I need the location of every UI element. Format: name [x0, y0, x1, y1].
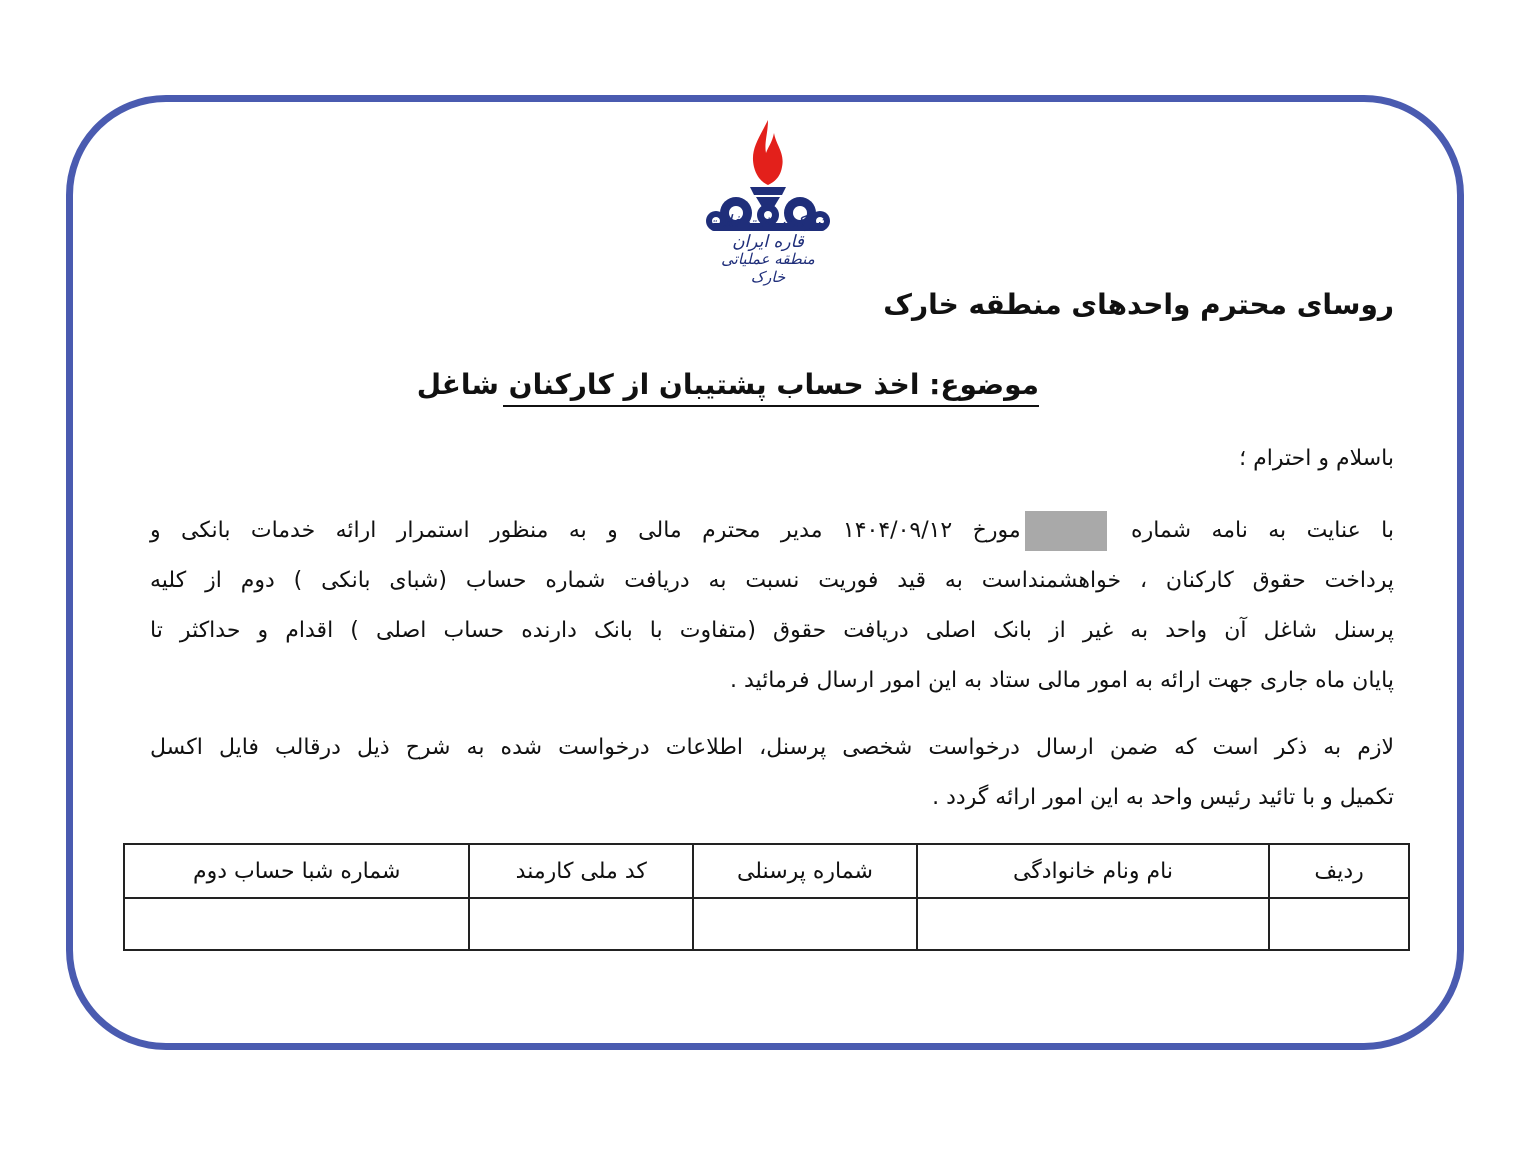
subject-line: موضوع: اخذ حساب پشتیبان از کارکنان شاغل — [503, 368, 1039, 407]
cell-second-sheba — [124, 898, 469, 950]
header-second-sheba: شماره شبا حساب دوم — [124, 844, 469, 898]
table-header-row: ردیف نام ونام خانوادگی شماره پرسنلی کد م… — [124, 844, 1409, 898]
cell-full-name — [917, 898, 1269, 950]
cell-national-id — [469, 898, 693, 950]
header-full-name: نام ونام خانوادگی — [917, 844, 1269, 898]
paragraph-1-line-1: با عنایت به نامه شماره مورخ ۱۴۰۴/۰۹/۱۲ م… — [150, 506, 1394, 556]
region-name: منطقه عملیاتی خارک — [712, 250, 824, 286]
header-row-number: ردیف — [1269, 844, 1409, 898]
table-row — [124, 898, 1409, 950]
paragraph-1-line-2: پرداخت حقوق کارکنان ، خواهشمنداست به قید… — [150, 556, 1394, 606]
addressee: روسای محترم واحدهای منطقه خارک — [883, 288, 1394, 321]
header-national-id: کد ملی کارمند — [469, 844, 693, 898]
employee-info-table: ردیف نام ونام خانوادگی شماره پرسنلی کد م… — [123, 843, 1410, 951]
greeting: باسلام و احترام ؛ — [1239, 446, 1394, 471]
paragraph-1-line-4: پایان ماه جاری جهت ارائه به امور مالی ست… — [150, 656, 1394, 706]
paragraph-1-line-3: پرسنل شاغل آن واحد به غیر از بانک اصلی د… — [150, 606, 1394, 656]
body-paragraph-2: لازم به ذکر است که ضمن ارسال درخواست شخص… — [150, 723, 1394, 823]
body-paragraph-1: با عنایت به نامه شماره مورخ ۱۴۰۴/۰۹/۱۲ م… — [150, 506, 1394, 706]
paragraph-2-line-1: لازم به ذکر است که ضمن ارسال درخواست شخص… — [150, 723, 1394, 773]
cell-personnel-number — [693, 898, 917, 950]
paragraph-2-line-2: تکمیل و با تائید رئیس واحد به این امور ا… — [150, 773, 1394, 823]
header-personnel-number: شماره پرسنلی — [693, 844, 917, 898]
cell-row-number — [1269, 898, 1409, 950]
company-name: شرکت نفت فلات قاره ایران — [692, 212, 844, 252]
redacted-letter-number — [1025, 511, 1107, 551]
